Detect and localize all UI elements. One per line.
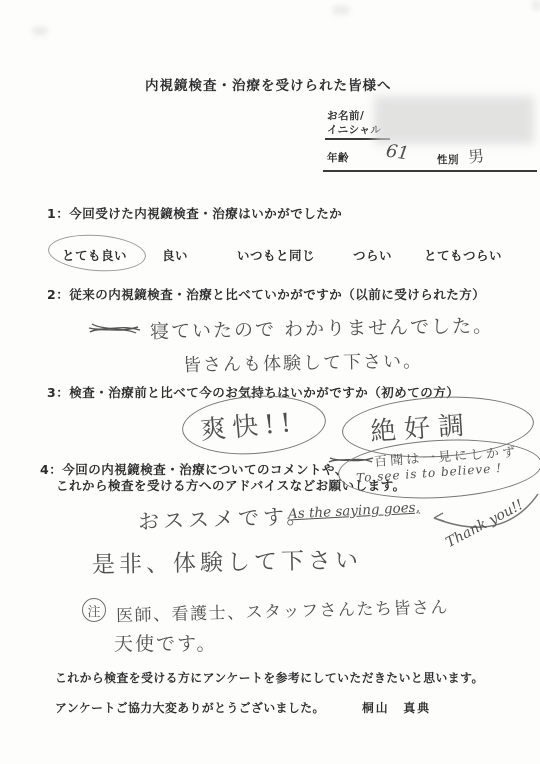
redacted-name-smudge (374, 96, 534, 144)
q2-answer-line1: 寝ていたので わかりませんでした。 (150, 311, 494, 344)
q1-selection-circle (47, 232, 147, 275)
scan-smudge (333, 6, 349, 14)
q4-answer-angels: 天使です。 (114, 629, 217, 656)
note-circled-mark: 注 (82, 598, 106, 622)
scanned-questionnaire-page: 内視鏡検査・治療を受けられた皆様へ お名前/ イニシャル 年齢 61 性別 男 … (0, 0, 540, 764)
crossed-out-scribble (86, 320, 142, 338)
q4-answer-please-experience: 是非、体験して下さい (92, 542, 363, 580)
gender-field-label: 性別 (437, 152, 459, 167)
age-handwritten-value: 61 (385, 141, 411, 165)
question-2-label: 2：従来の内視鏡検査・治療と比べていかがですか（以前に受けられた方） (47, 285, 485, 303)
age-field-label: 年齢 (327, 150, 349, 165)
question-1-label: 1：今回受けた内視鏡検査・治療はいかがでしたか (47, 204, 342, 222)
footer-thanks: アンケートご協力大変ありがとうございました。 (55, 699, 325, 716)
page-title: 内視鏡検査・治療を受けられた皆様へ (145, 74, 392, 94)
note-mark-character: 注 (87, 601, 100, 620)
q1-option-hard: つらい (353, 246, 392, 264)
q4-answer-staff: 医師、看護士、スタッフさんたち皆さん (116, 593, 450, 627)
q1-option-good: 良い (162, 246, 188, 264)
scan-smudge (533, 0, 540, 10)
q3-circle-refreshing (180, 391, 328, 459)
footer-note: これから検査を受ける方にアンケートを参考にしていただきたいと思います。 (55, 669, 484, 686)
age-gender-underline (323, 170, 537, 172)
q4-answer-recommend: おススメです。 (138, 500, 312, 536)
q1-option-same-as-usual: いつもと同じ (237, 246, 315, 264)
scan-smudge (33, 27, 47, 35)
name-field-label: お名前/ (327, 108, 364, 123)
gender-handwritten-value: 男 (467, 143, 485, 168)
q2-answer-line2: 皆さんも体験して下さい。 (183, 347, 423, 377)
footer-signature: 桐山 真典 (362, 699, 431, 716)
q1-option-very-hard: とてもつらい (424, 246, 502, 264)
